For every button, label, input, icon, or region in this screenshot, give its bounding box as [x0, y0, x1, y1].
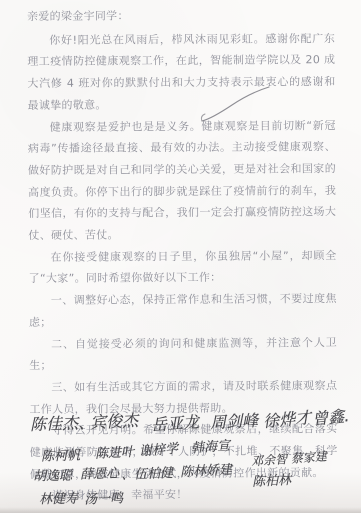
signature: 周剑峰 [209, 408, 258, 433]
list-item-2: 二、自觉接受必须的询问和健康监测等，并注意个人卫生； [29, 332, 337, 377]
signature: 曾鑫. [311, 403, 350, 430]
signatures-block: 陈佳杰、 宾俊杰 岳亚龙 周剑峰 徐烨才 曾鑫. 陈柯帆 陈进叶 谢梓学 韩海宣… [0, 405, 361, 513]
signature: 韩海宣 [190, 435, 230, 457]
signature: 陈佳杰、 [30, 410, 95, 435]
signature: 陈进叶 [95, 441, 135, 462]
signature: 陈柏林 [252, 469, 292, 490]
paragraph-thanks: 你好!阳光总在风雨后，栉风沐雨见彩虹。感谢你配广东理工疫情防控健康观察工作，在此… [27, 28, 336, 117]
signature: 谢梓学 [138, 438, 178, 460]
signature: 陈林娇建 [180, 459, 233, 481]
signature: 薛恩心 [80, 462, 120, 482]
signature: 、伍柏健 [121, 462, 174, 483]
signature: 徐烨才 [262, 405, 312, 432]
signature: 邓余智 蔡家建 [250, 447, 327, 469]
signature: 汤一鸣 [84, 487, 124, 507]
signature: 岳亚龙 [150, 409, 200, 435]
paper-bottom-edge-shadow [0, 507, 361, 513]
signature: 陈柯帆 [41, 444, 81, 464]
list-item-1: 一、调整好心态，保持正常作息和生活习惯，不要过度焦虑； [29, 288, 337, 333]
signature: 胡逸聪 [33, 465, 72, 485]
salutation: 亲爱的梁金宇同学： [27, 4, 335, 28]
paragraph-small-room: 在你接受健康观察的日子里，你虽独居“小屋”，却顾全了“大家”。同时希望你做好以下… [28, 245, 336, 290]
scanned-letter-page: 亲爱的梁金宇同学： 你好!阳光总在风雨后，栉风沐雨见彩虹。感谢你配广东理工疫情防… [0, 0, 361, 513]
paragraph-observation-duty: 健康观察是爱护也是是义务。健康观察是目前切断“新冠病毒”传播途径最直接、最有效的… [28, 115, 337, 247]
signature: 宾俊杰 [89, 408, 138, 433]
signature: 林健寿 [39, 488, 78, 508]
